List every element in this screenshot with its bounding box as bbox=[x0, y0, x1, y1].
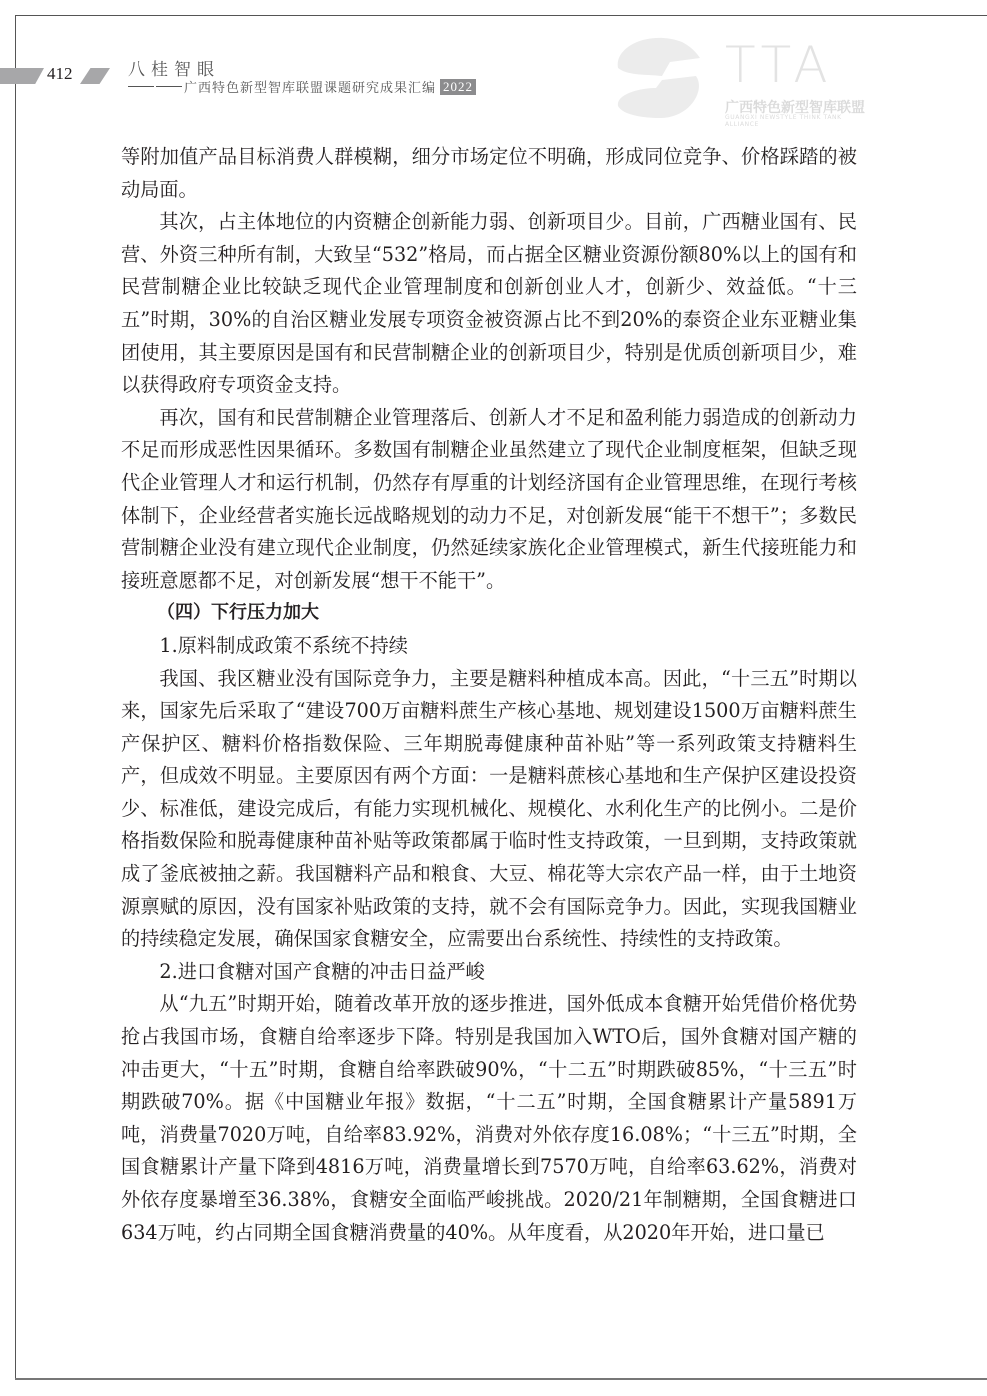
year-badge: 2022 bbox=[440, 79, 476, 95]
tta-watermark-logo: TTA 广西特色新型智库联盟 GUANGXI NEWSTYLE THINK TA… bbox=[610, 32, 865, 122]
paragraph: 我国、我区糖业没有国际竞争力，主要是糖料种植成本高。因此，“十三五”时期以来，国… bbox=[121, 663, 857, 956]
paragraph-continuation: 等附加值产品目标消费人群模糊，细分市场定位不明确，形成同位竞争、价格踩踏的被动局… bbox=[121, 141, 857, 206]
subsection-heading: 1.原料制成政策不系统不持续 bbox=[121, 630, 857, 663]
page-body: 等附加值产品目标消费人群模糊，细分市场定位不明确，形成同位竞争、价格踩踏的被动局… bbox=[121, 141, 857, 1249]
header-tab-decoration-left bbox=[0, 68, 44, 84]
series-subtitle: 广西特色新型智库联盟课题研究成果汇编 2022 bbox=[128, 77, 476, 96]
paragraph: 其次，占主体地位的内资糖企创新能力弱、创新项目少。目前，广西糖业国有、民营、外资… bbox=[121, 206, 857, 402]
page-frame-bottom-border bbox=[15, 1378, 987, 1380]
page-number: 412 bbox=[47, 64, 73, 84]
series-subtitle-text: 广西特色新型智库联盟课题研究成果汇编 bbox=[184, 77, 436, 96]
paragraph: 再次，国有和民营制糖企业管理落后、创新人才不足和盈利能力弱造成的创新动力不足而形… bbox=[121, 402, 857, 598]
header-tab-decoration-right bbox=[80, 68, 110, 84]
em-dash-rule bbox=[128, 86, 154, 87]
logo-name-en: GUANGXI NEWSTYLE THINK TANK ALLIANCE bbox=[725, 114, 865, 128]
em-dash-rule bbox=[156, 86, 182, 87]
paragraph: 从“九五”时期开始，随着改革开放的逐步推进，国外低成本食糖开始凭借价格优势抢占我… bbox=[121, 988, 857, 1249]
logo-swoosh-icon bbox=[610, 32, 710, 122]
page-frame-left-border bbox=[15, 15, 16, 1379]
logo-letters: TTA bbox=[725, 40, 834, 90]
page-frame-top-border bbox=[15, 15, 987, 16]
section-heading: （四）下行压力加大 bbox=[121, 597, 857, 630]
subsection-heading: 2.进口食糖对国产食糖的冲击日益严峻 bbox=[121, 956, 857, 989]
